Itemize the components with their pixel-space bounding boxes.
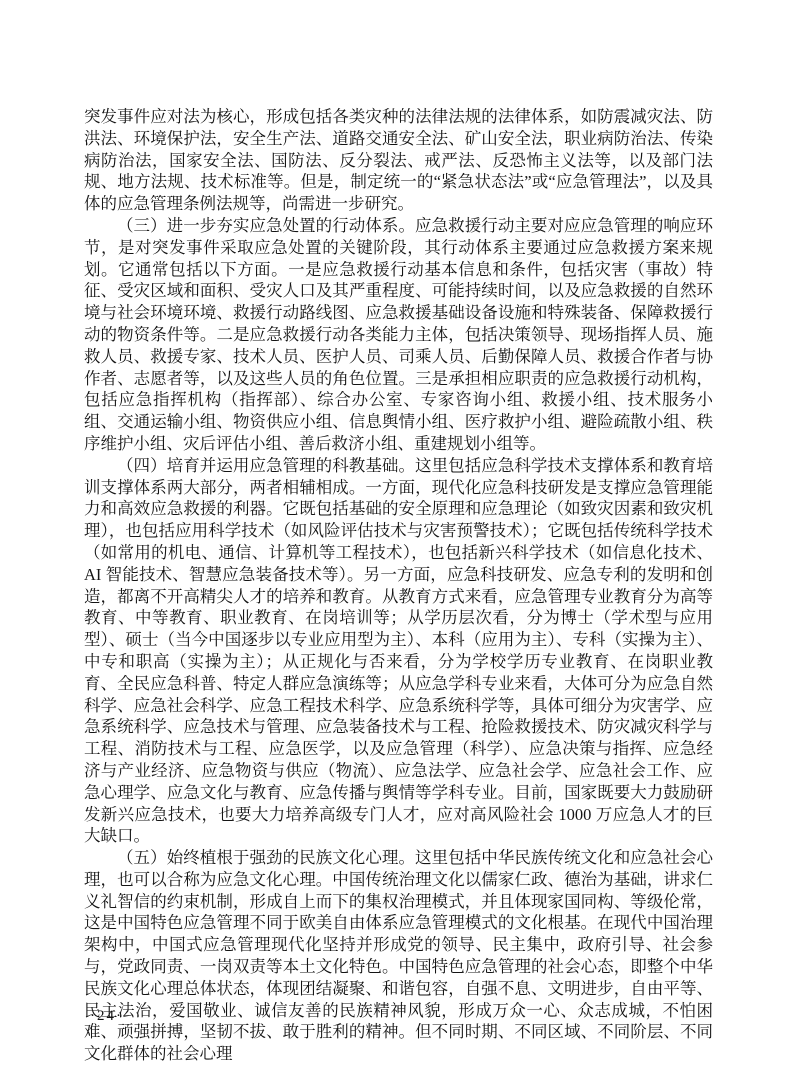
document-page: 突发事件应对法为核心，形成包括各类灾种的法律法规的法律体系，如防震减灾法、防洪法… — [0, 0, 793, 1077]
body-text: 突发事件应对法为核心，形成包括各类灾种的法律法规的法律体系，如防震减灾法、防洪法… — [84, 106, 713, 1065]
paragraph-section-3: （三）进一步夯实应急处置的行动体系。应急救援行动主要对应应急管理的响应环节，是对… — [84, 215, 713, 455]
paragraph-continuation: 突发事件应对法为核心，形成包括各类灾种的法律法规的法律体系，如防震减灾法、防洪法… — [84, 106, 713, 215]
page-number: ·24· — [90, 1008, 123, 1024]
paragraph-section-5: （五）始终植根于强劲的民族文化心理。这里包括中华民族传统文化和应急社会心理，也可… — [84, 847, 713, 1065]
paragraph-section-4: （四）培育并运用应急管理的科教基础。这里包括应急科学技术支撑体系和教育培训支撑体… — [84, 455, 713, 847]
page-footer: ·24· — [90, 1008, 123, 1025]
